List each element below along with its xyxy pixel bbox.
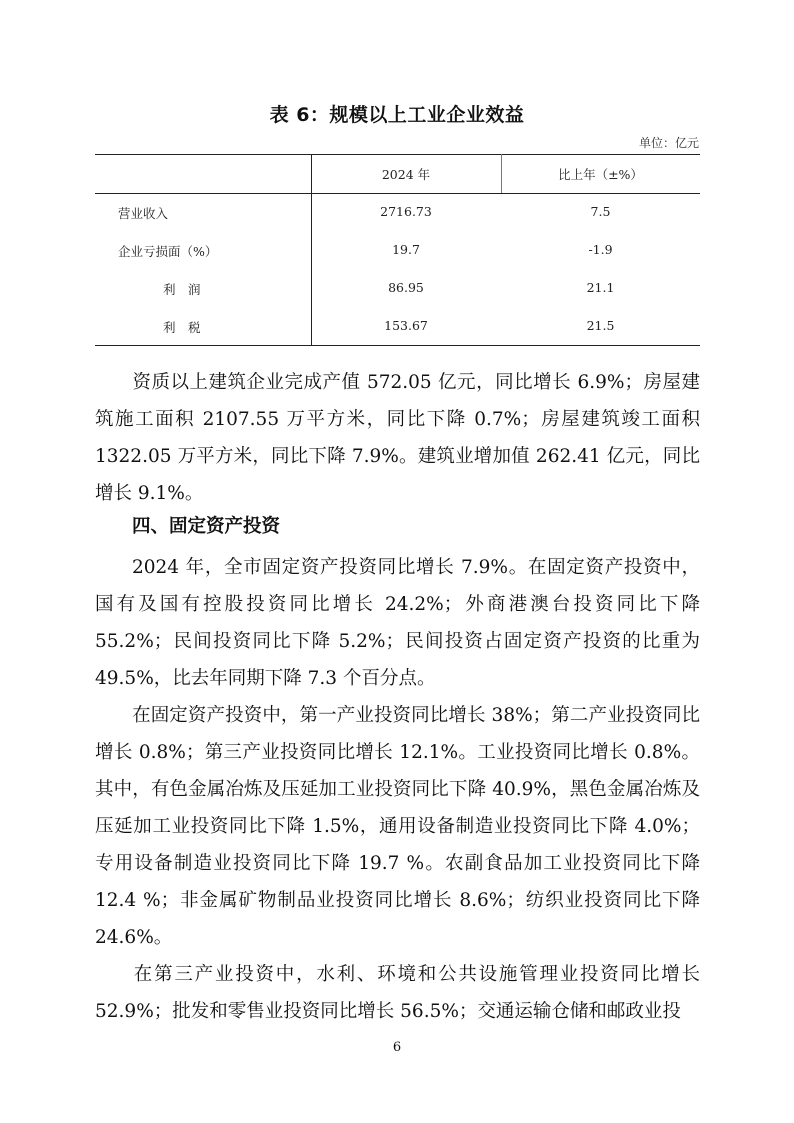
table-title: 表 6：规模以上工业企业效益 (0, 100, 794, 127)
row-value: 2716.73 (311, 204, 501, 219)
paragraph-construction: 资质以上建筑企业完成产值 572.05 亿元，同比增长 6.9%；房屋建筑施工面… (95, 364, 700, 512)
paragraph-tertiary-investment: 在第三产业投资中，水利、环境和公共设施管理业投资同比增长 52.9%；批发和零售… (95, 956, 700, 1030)
paragraph-industry-investment: 在固定资产投资中，第一产业投资同比增长 38%；第二产业投资同比增长 0.8%；… (95, 697, 700, 956)
row-change: 7.5 (501, 204, 700, 219)
paragraph-text: 资质以上建筑企业完成产值 572.05 亿元，同比增长 6.9%；房屋建筑施工面… (95, 372, 700, 504)
header-year: 2024 年 (311, 165, 501, 183)
section-heading: 四、固定资产投资 (132, 512, 280, 538)
row-label: 企业亏损面（%） (118, 242, 217, 260)
row-value: 19.7 (311, 242, 501, 257)
header-change: 比上年（±%） (501, 165, 700, 183)
row-label: 利 税 (163, 318, 201, 336)
page-number: 6 (0, 1040, 794, 1055)
table-unit: 单位：亿元 (639, 134, 699, 151)
data-table: 2024 年 比上年（±%） 营业收入 2716.73 7.5 企业亏损面（%）… (95, 154, 700, 346)
table-top-rule (95, 154, 700, 155)
table-header-rule (95, 193, 700, 194)
paragraph-text: 2024 年，全市固定资产投资同比增长 7.9%。在固定资产投资中，国有及国有控… (95, 557, 700, 689)
row-change: 21.5 (501, 318, 700, 333)
paragraph-text: 在固定资产投资中，第一产业投资同比增长 38%；第二产业投资同比增长 0.8%；… (95, 705, 700, 948)
table-bottom-rule (95, 345, 700, 346)
row-change: -1.9 (501, 242, 700, 257)
row-label: 营业收入 (118, 204, 168, 222)
row-value: 153.67 (311, 318, 501, 333)
row-value: 86.95 (311, 280, 501, 295)
paragraph-fixed-investment: 2024 年，全市固定资产投资同比增长 7.9%。在固定资产投资中，国有及国有控… (95, 549, 700, 697)
paragraph-text: 在第三产业投资中，水利、环境和公共设施管理业投资同比增长 52.9%；批发和零售… (95, 964, 700, 1022)
row-change: 21.1 (501, 280, 700, 295)
row-label: 利 润 (163, 280, 201, 298)
